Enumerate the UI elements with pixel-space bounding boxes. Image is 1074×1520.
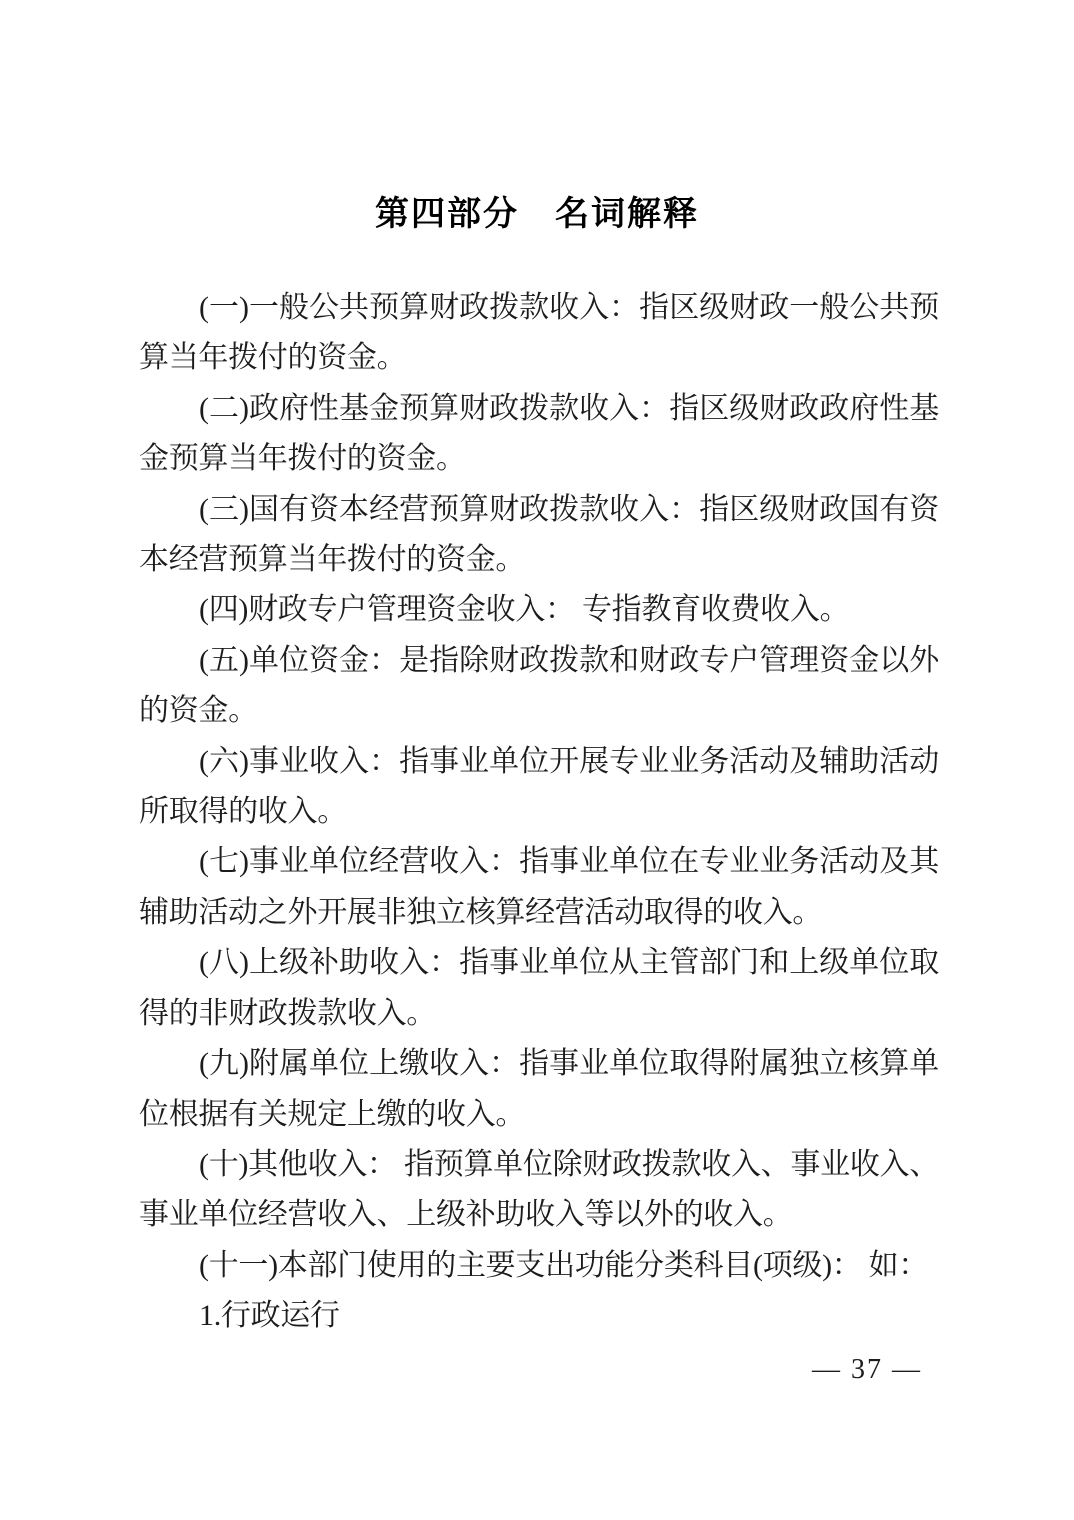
paragraph-definition-6: (六)事业收入：指事业单位开展专业业务活动及辅助活动所取得的收入。: [139, 737, 939, 838]
paragraph-definition-8: (八)上级补助收入：指事业单位从主管部门和上级单位取得的非财政拨款收入。: [139, 938, 939, 1039]
paragraph-definition-11: (十一)本部门使用的主要支出功能分类科目(项级)： 如：: [139, 1241, 939, 1291]
paragraph-definition-3: (三)国有资本经营预算财政拨款收入：指区级财政国有资本经营预算当年拨付的资金。: [139, 485, 939, 586]
paragraph-definition-5: (五)单位资金：是指除财政拨款和财政专户管理资金以外的资金。: [139, 636, 939, 737]
paragraph-definition-2: (二)政府性基金预算财政拨款收入：指区级财政政府性基金预算当年拨付的资金。: [139, 384, 939, 485]
paragraph-definition-7: (七)事业单位经营收入：指事业单位在专业业务活动及其辅助活动之外开展非独立核算经…: [139, 837, 939, 938]
section-title: 第四部分 名词解释: [0, 186, 1074, 235]
page-number: — 37 —: [812, 1354, 922, 1386]
document-body: (一)一般公共预算财政拨款收入：指区级财政一般公共预算当年拨付的资金。 (二)政…: [139, 283, 939, 1342]
paragraph-definition-4: (四)财政专户管理资金收入： 专指教育收费收入。: [139, 585, 939, 635]
paragraph-definition-1: (一)一般公共预算财政拨款收入：指区级财政一般公共预算当年拨付的资金。: [139, 283, 939, 384]
paragraph-definition-10: (十)其他收入： 指预算单位除财政拨款收入、事业收入、事业单位经营收入、上级补助…: [139, 1140, 939, 1241]
document-page: 第四部分 名词解释 (一)一般公共预算财政拨款收入：指区级财政一般公共预算当年拨…: [0, 0, 1074, 1520]
paragraph-definition-9: (九)附属单位上缴收入：指事业单位取得附属独立核算单位根据有关规定上缴的收入。: [139, 1039, 939, 1140]
paragraph-subitem-1: 1.行政运行: [139, 1291, 939, 1341]
